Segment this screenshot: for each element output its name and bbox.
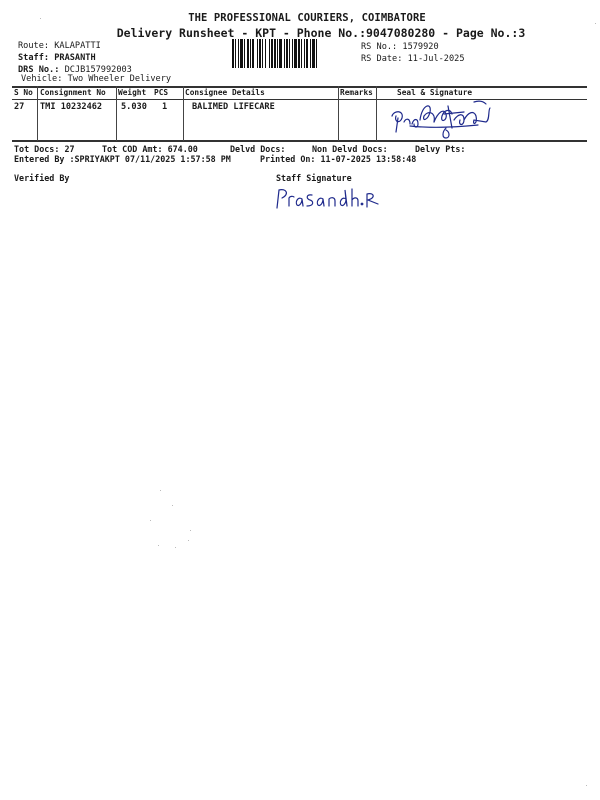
tot-docs-label: Tot Docs: (14, 144, 59, 154)
printed-on-value: 11-07-2025 13:58:48 (321, 154, 417, 164)
col-header-sno: S No (14, 88, 33, 97)
tot-cod: Tot COD Amt: 674.00 (102, 144, 198, 154)
barcode-bar (317, 39, 319, 68)
tot-docs: Tot Docs: 27 (14, 144, 75, 154)
delvd-docs: Delvd Docs: (230, 144, 285, 154)
printed-on: Printed On: 11-07-2025 13:58:48 (260, 154, 416, 164)
col-divider (338, 86, 339, 141)
staff-label: Staff: (18, 53, 49, 63)
vehicle-field: Vehicle: Two Wheeler Delivery (21, 74, 171, 84)
route-value: KALAPATTI (54, 41, 101, 51)
barcode (232, 39, 345, 68)
col-header-consignee: Consignee Details (185, 88, 265, 97)
entered-by-value: SPRIYAKPT 07/11/2025 1:57:58 PM (75, 154, 231, 164)
cell-consignee: BALIMED LIFECARE (192, 102, 275, 112)
staff-value: PRASANTH (54, 53, 95, 63)
delvy-pts: Delvy Pts: (415, 144, 465, 154)
verified-by-label: Verified By (14, 173, 69, 183)
non-delvd-docs: Non Delvd Docs: (312, 144, 388, 154)
col-header-remarks: Remarks (340, 88, 373, 97)
tot-cod-label: Tot COD Amt: (102, 144, 163, 154)
tot-docs-value: 27 (64, 144, 74, 154)
cell-sno: 27 (14, 102, 24, 112)
col-divider (37, 86, 38, 141)
vehicle-value: Two Wheeler Delivery (68, 74, 171, 84)
vehicle-label: Vehicle: (21, 74, 62, 84)
table-header-border (12, 99, 587, 100)
rs-date-field: RS Date: 11-Jul-2025 (361, 54, 465, 64)
col-header-pcs: PCS (154, 88, 168, 97)
cell-weight: 5.030 (121, 102, 147, 112)
entered-by: Entered By :SPRIYAKPT 07/11/2025 1:57:58… (14, 154, 231, 164)
runsheet-subtitle: Delivery Runsheet - KPT - Phone No.:9047… (0, 26, 600, 40)
rs-no-label: RS No.: (361, 42, 397, 52)
tot-cod-value: 674.00 (168, 144, 198, 154)
staff-signature-handwriting (274, 186, 389, 214)
col-header-consignment: Consignment No (40, 88, 106, 97)
staff-field: Staff: PRASANTH (18, 53, 96, 63)
route-label: Route: (18, 41, 49, 51)
cell-consignment-no: TMI 10232462 (40, 102, 102, 112)
route-field: Route: KALAPATTI (18, 41, 101, 51)
rs-date-label: RS Date: (361, 54, 402, 64)
printed-on-label: Printed On: (260, 154, 315, 164)
rs-no-value: 1579920 (402, 42, 438, 52)
col-divider (376, 86, 377, 141)
col-divider (116, 86, 117, 141)
company-title: THE PROFESSIONAL COURIERS, COIMBATORE (0, 12, 600, 24)
col-header-weight: Weight (118, 88, 146, 97)
rs-no-field: RS No.: 1579920 (361, 42, 439, 52)
staff-signature-label: Staff Signature (276, 173, 352, 183)
seal-signature-handwriting (388, 98, 498, 142)
rs-date-value: 11-Jul-2025 (408, 54, 465, 64)
cell-pcs: 1 (162, 102, 167, 112)
col-divider (183, 86, 184, 141)
entered-by-label: Entered By : (14, 154, 75, 164)
col-header-signature: Seal & Signature (397, 88, 472, 97)
table-bottom-border (12, 140, 587, 142)
